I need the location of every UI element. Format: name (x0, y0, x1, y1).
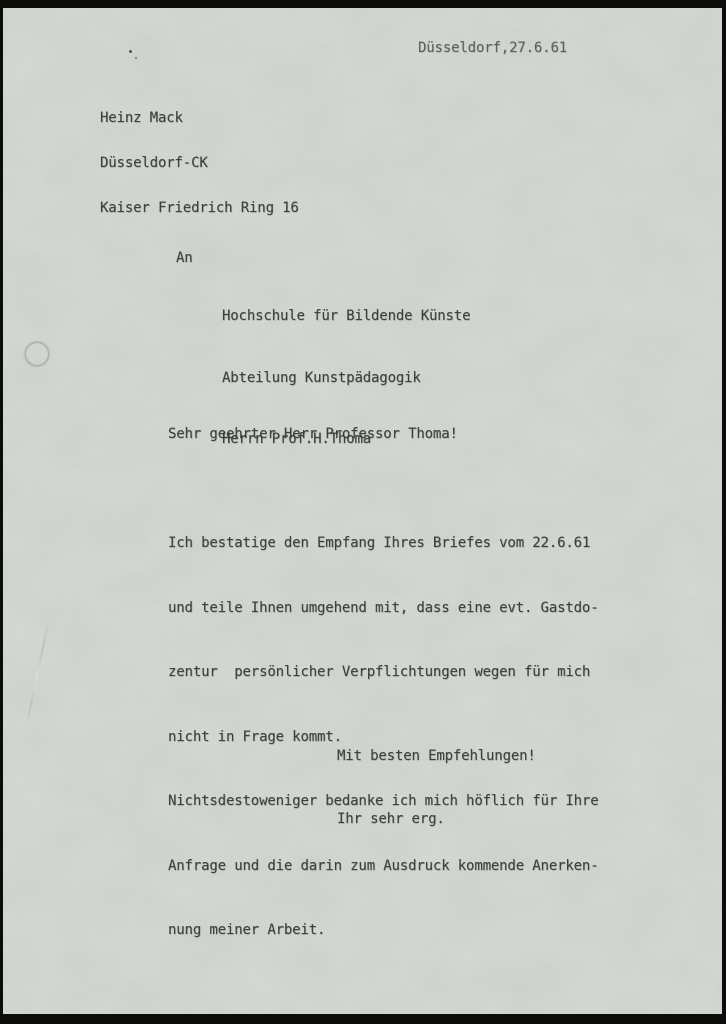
sender-name: Heinz Mack (100, 111, 299, 126)
closing: Mit besten Empfehlungen! Ihr sehr erg. (337, 704, 536, 872)
body-line: zentur persönlicher Verpflichtungen wege… (168, 662, 599, 684)
sender-street: Kaiser Friedrich Ring 16 (100, 201, 299, 216)
paper-crease (26, 617, 51, 725)
ink-speck (135, 57, 137, 59)
salutation: Sehr geehrter Herr Professor Thoma! (168, 424, 458, 446)
body-line: Ich bestatige den Empfang Ihres Briefes … (168, 533, 599, 555)
sender-city: Düsseldorf-CK (100, 156, 299, 171)
body-line: und teile Ihnen umgehend mit, dass eine … (168, 598, 599, 620)
recipient-intro: An (176, 248, 193, 270)
scan-frame: Düsseldorf,27.6.61 Heinz Mack Düsseldorf… (0, 0, 726, 1024)
body-line: nung meiner Arbeit. (168, 920, 599, 942)
recipient-institution: Hochschule für Bildende Künste (222, 306, 470, 327)
sender-address: Heinz Mack Düsseldorf-CK Kaiser Friedric… (100, 81, 299, 246)
letter-page: Düsseldorf,27.6.61 Heinz Mack Düsseldorf… (3, 8, 722, 1014)
closing-signoff: Ihr sehr erg. (337, 809, 536, 830)
ink-speck (129, 50, 132, 53)
recipient-address: Hochschule für Bildende Künste Abteilung… (222, 265, 470, 491)
closing-salute: Mit besten Empfehlungen! (337, 746, 536, 767)
dateline: Düsseldorf,27.6.61 (418, 38, 567, 60)
recipient-department: Abteilung Kunstpädagogik (222, 368, 470, 389)
punch-hole (26, 343, 48, 365)
